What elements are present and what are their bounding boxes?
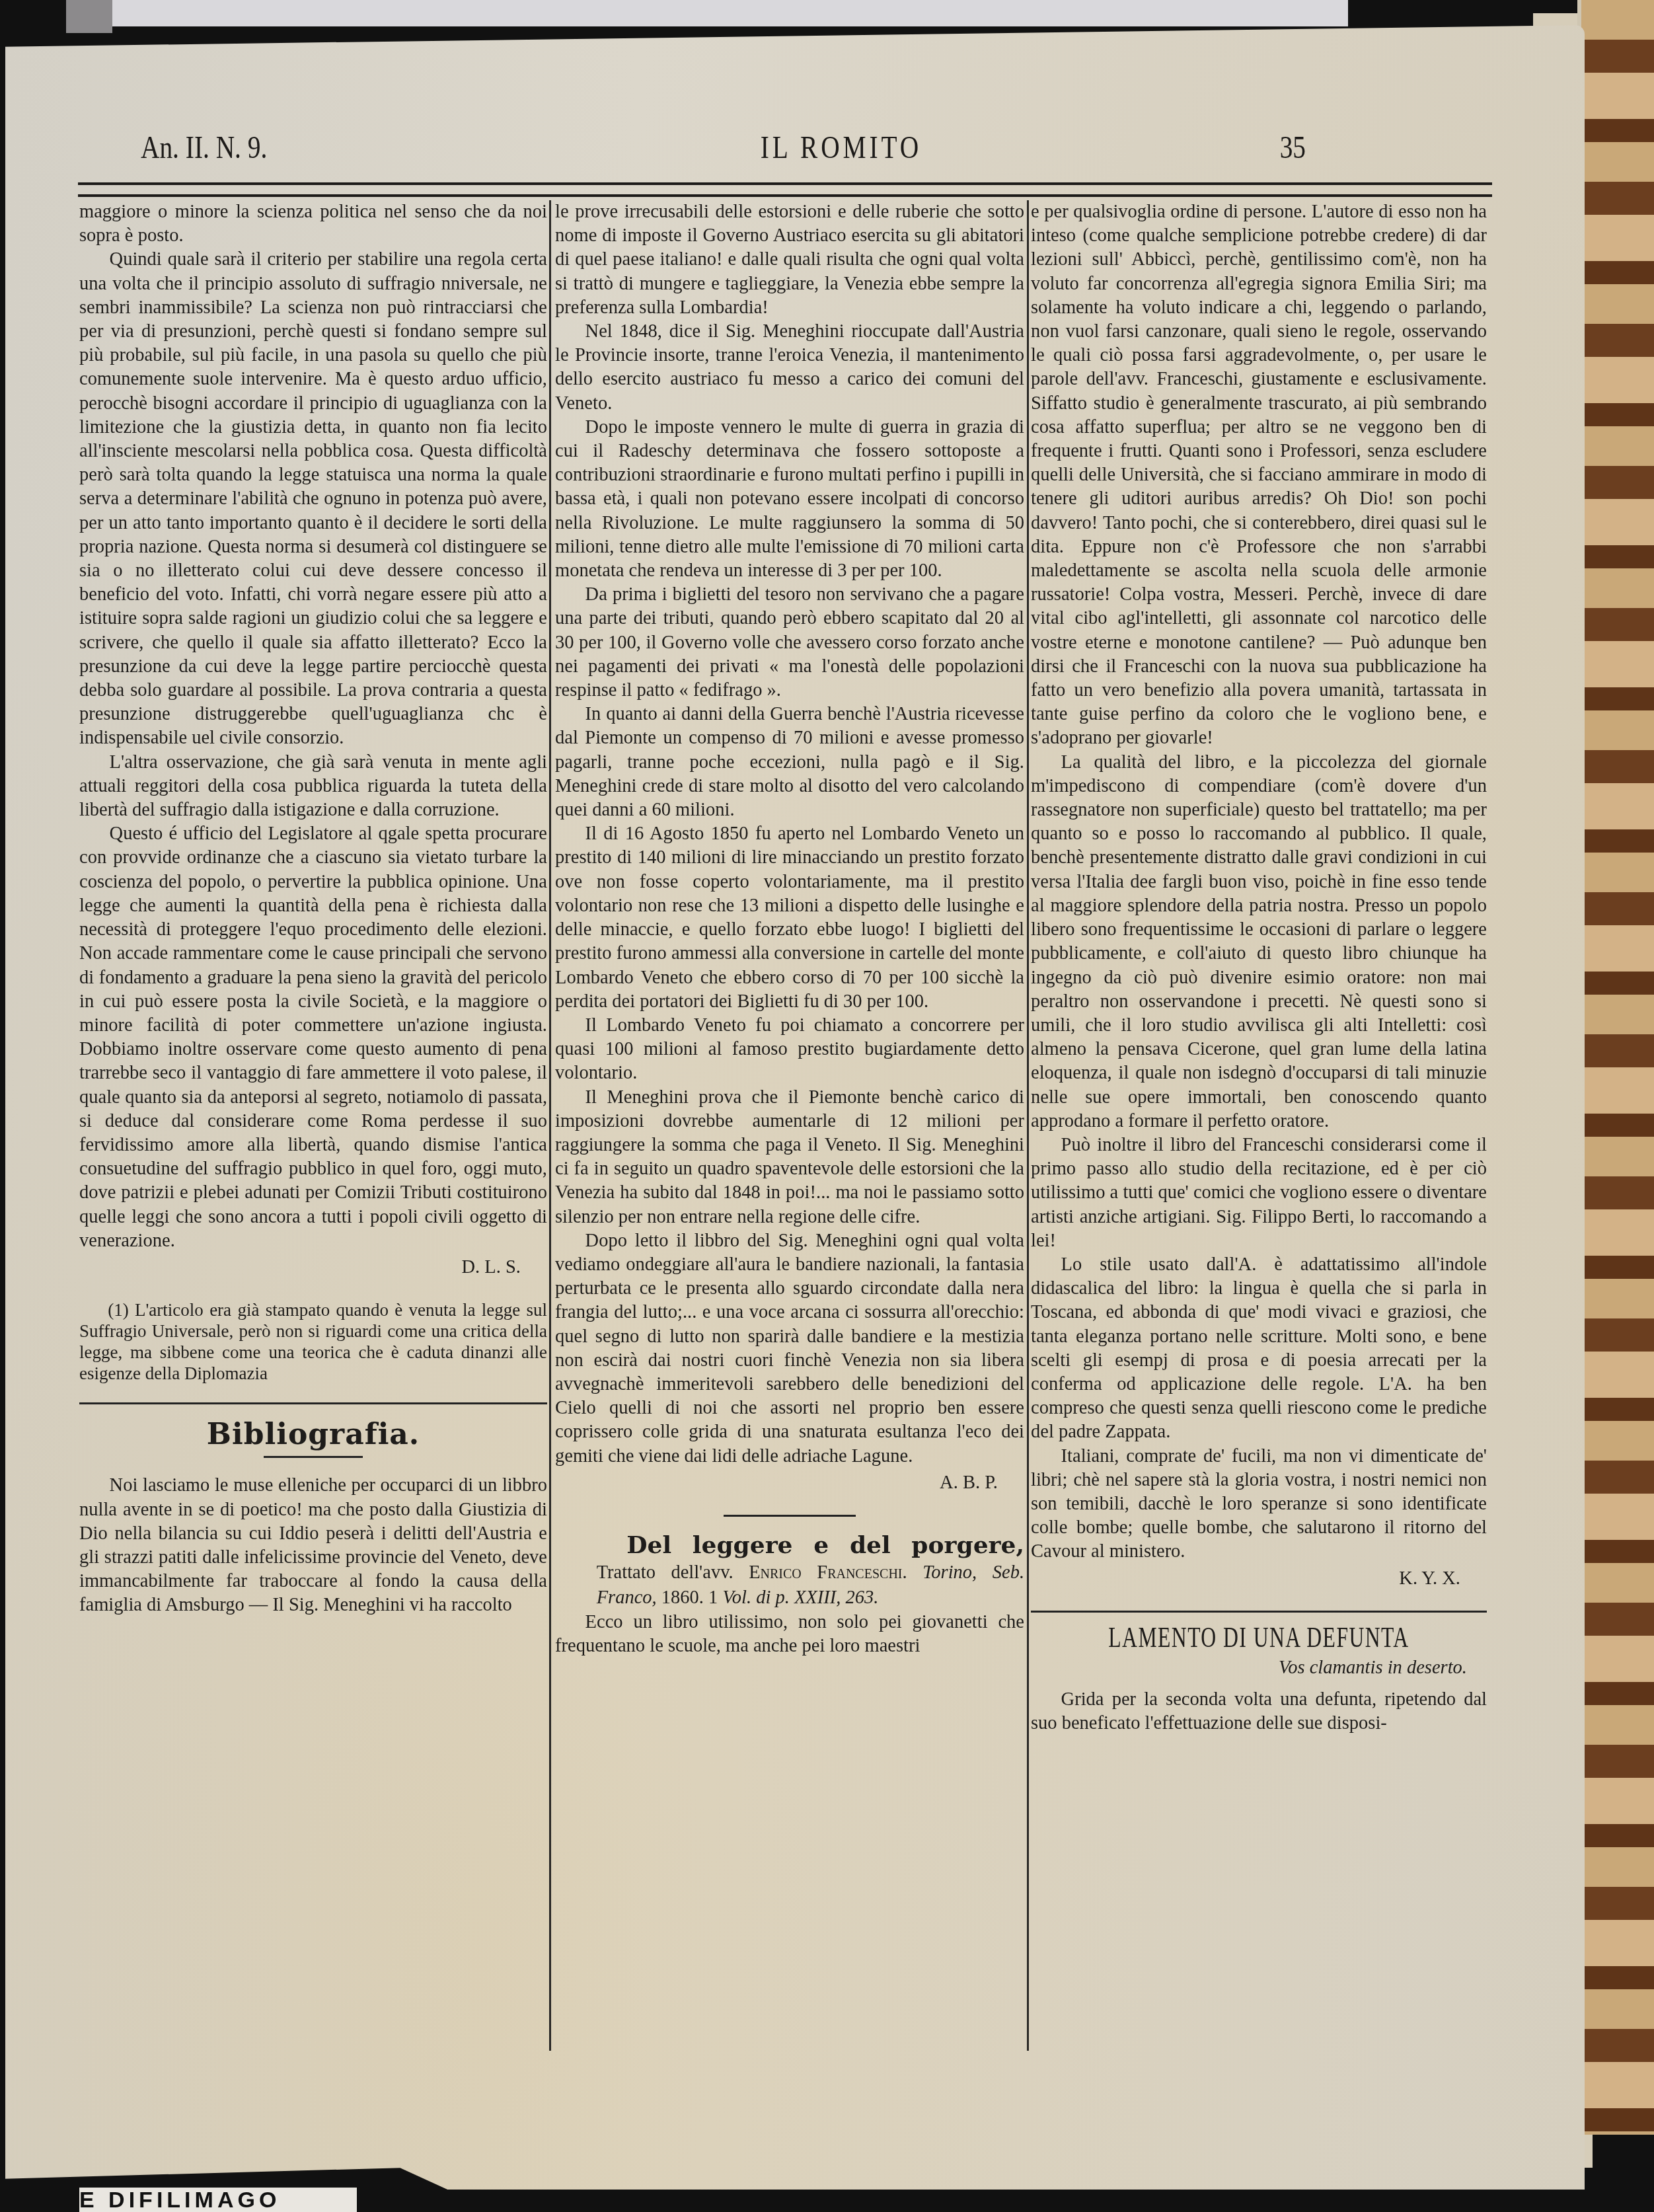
stray-label-strip: E DIFILIMAGO [79, 2188, 357, 2212]
paragraph: La qualità del libro, e la piccolezza de… [1031, 751, 1487, 1133]
footnote: (1) L'articolo era già stampato quando è… [79, 1299, 547, 1384]
signature: K. Y. X. [1031, 1567, 1487, 1591]
article-title: LAMENTO DI UNA DEFUNTA [1095, 1626, 1423, 1650]
paragraph: Lo stile usato dall'A. è adattatissimo a… [1031, 1253, 1487, 1445]
paragraph: Ecco un libro utilissimo, non solo pei g… [555, 1611, 1024, 1658]
column-divider-1 [549, 200, 551, 2051]
paragraph: Il di 16 Agosto 1850 fu aperto nel Lomba… [555, 822, 1024, 1014]
newspaper-title: IL ROMITO [761, 130, 922, 166]
newspaper-page: An. II. N. 9. IL ROMITO 35 maggiore o mi… [5, 25, 1585, 2190]
paragraph: L'altra osservazione, che già sarà venut… [79, 751, 547, 823]
paragraph: Grida per la seconda volta una defunta, … [1031, 1688, 1487, 1735]
paragraph: Noi lasciamo le muse elleniche per occup… [79, 1474, 547, 1617]
section-rule [1031, 1611, 1487, 1613]
epigraph: Vos clamantis in deserto. [1031, 1656, 1487, 1680]
right-column: e per qualsivoglia ordine di persone. L'… [1031, 200, 1487, 1736]
book-year: 1860. 1 [661, 1587, 718, 1608]
paragraph: e per qualsivoglia ordine di persone. L'… [1031, 200, 1487, 751]
paragraph: le prove irrecusabili delle estorsioni e… [555, 200, 1024, 320]
issue-number: An. II. N. 9. [141, 130, 267, 166]
column-divider-2 [1027, 200, 1029, 2051]
middle-column: le prove irrecusabili delle estorsioni e… [555, 200, 1024, 1658]
section-rule [79, 1402, 547, 1404]
short-rule [724, 1515, 856, 1517]
section-title-bibliografia: Bibliografia. [79, 1423, 547, 1447]
page-number: 35 [1280, 130, 1306, 166]
paragraph: Dopo le imposte vennero le multe di guer… [555, 416, 1024, 583]
book-entry: Del leggere e del porgere, Trattato dell… [555, 1533, 1024, 1611]
paragraph: Da prima i biglietti del tesoro non serv… [555, 583, 1024, 703]
paragraph: In quanto ai danni della Guerra benchè l… [555, 703, 1024, 822]
paragraph: Il Meneghini prova che il Piemonte bench… [555, 1086, 1024, 1229]
paragraph: Nel 1848, dice il Sig. Meneghini rioccup… [555, 320, 1024, 416]
book-subtitle: Trattato dell'avv. [597, 1562, 733, 1583]
paragraph: Questo é ufficio del Legislatore al qgal… [79, 822, 547, 1253]
paragraph: Può inoltre il libro del Franceschi cons… [1031, 1133, 1487, 1253]
marbled-binding-edge [1577, 0, 1654, 2135]
masthead-double-rule [78, 182, 1492, 197]
signature: D. L. S. [79, 1256, 547, 1279]
paragraph: Dopo letto il libbro del Sig. Meneghini … [555, 1229, 1024, 1468]
masthead: An. II. N. 9. IL ROMITO 35 [141, 124, 1306, 171]
short-rule [264, 1456, 363, 1458]
signature: A. B. P. [555, 1471, 1024, 1495]
paragraph: maggiore o minore la scienza politica ne… [79, 200, 547, 248]
background-paper-scrap-left [66, 0, 112, 33]
paragraph: Italiani, comprate de' fucili, ma non vi… [1031, 1445, 1487, 1564]
paragraph: Il Lombardo Veneto fu poi chiamato a con… [555, 1014, 1024, 1086]
background-paper-scrap [93, 0, 1348, 26]
book-pages: Vol. di p. XXIII, 263. [722, 1587, 878, 1608]
book-author: Enrico Franceschi. [749, 1562, 907, 1583]
book-title: Del leggere e del porgere, [626, 1531, 1024, 1559]
left-column: maggiore o minore la scienza politica ne… [79, 200, 547, 1618]
paragraph: Quindi quale sarà il criterio per stabil… [79, 248, 547, 750]
